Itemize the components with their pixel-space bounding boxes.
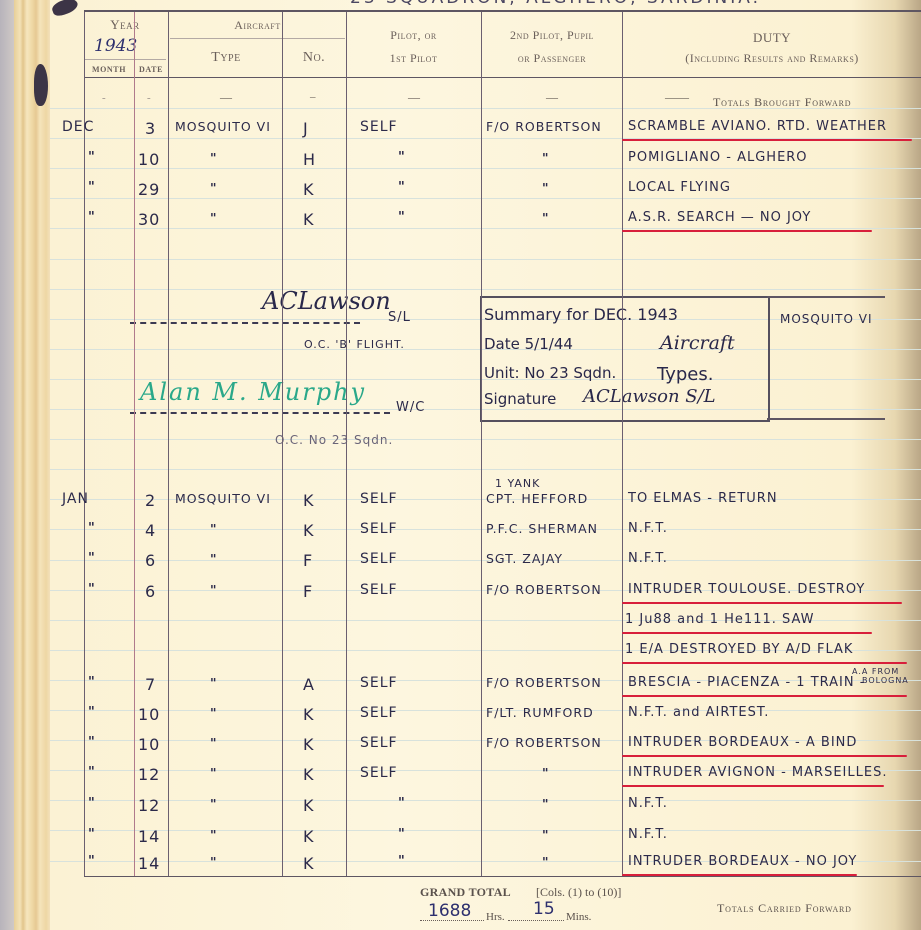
entry-pilot: " [398,854,405,869]
entry-date: 6 [145,551,156,570]
entry-duty-note: BOLOGNA [862,676,909,685]
dash-second: — [546,90,558,105]
entry-duty: BRESCIA - PIACENZA - 1 TRAIN - [628,675,865,690]
entry-second-pilot: F/O ROBERTSON [486,735,602,750]
red-underline [622,632,872,634]
entry-date: 6 [145,582,156,601]
entry-month: " [88,705,95,720]
entry-duty: N.F.T. [628,521,668,536]
entry-aircraft-number: K [303,705,315,724]
ruled-line [50,289,921,290]
dash-duty: —— [665,90,689,105]
entry-duty-continued: 1 Ju88 and 1 He111. SAW [625,612,815,627]
entry-month: " [88,827,95,842]
entry-pilot: " [398,796,405,811]
entry-aircraft-number: K [303,521,315,540]
entry-date: 14 [138,854,160,873]
red-underline [622,874,857,876]
entry-aircraft-type: MOSQUITO VI [175,119,271,134]
entry-duty: SCRAMBLE AVIANO. RTD. WEATHER [628,119,887,134]
log-entry-row: "29"K""LOCAL FLYING [50,176,921,204]
entry-pilot: SELF [360,675,398,691]
flight-commander-title: O.C. 'B' FLIGHT. [304,338,405,351]
entry-month: " [88,150,95,165]
entry-aircraft-type: " [210,796,217,811]
ruled-line [50,439,921,440]
entry-aircraft-type: " [210,180,217,195]
summary-unit: Unit: No 23 Sqdn. [484,364,616,382]
entry-pilot: " [398,150,405,165]
entry-second-pilot: " [542,796,549,811]
page-title-handwritten: 23 SQUADRON, ALGHERO, SARDINIA. [350,0,761,8]
log-entry-continuation: 1 Ju88 and 1 He111. SAW [50,608,921,636]
dash-date: - [147,92,151,104]
entry-month: DEC [62,119,94,135]
entry-pilot: SELF [360,765,398,781]
entry-month: " [88,735,95,750]
entry-date: 2 [145,491,156,510]
entry-second-pilot: " [542,854,549,869]
log-entry-row: DEC3MOSQUITO VIJSELFF/O ROBERTSONSCRAMBL… [50,115,921,143]
entry-date: 4 [145,521,156,540]
entry-date: 12 [138,796,160,815]
entry-aircraft-type: " [210,582,217,597]
entry-aircraft-type: " [210,854,217,869]
entry-aircraft-number: F [303,551,313,570]
log-entry-continuation: 1 E/A DESTROYED BY A/D FLAK [50,638,921,666]
entry-pilot: " [398,210,405,225]
log-entry-row: "14"K""N.F.T. [50,823,921,851]
squadron-commander-title: O.C. No 23 Sqdn. [275,433,393,447]
entry-aircraft-type: " [210,765,217,780]
flight-commander-rank: S/L [388,310,411,325]
entry-month: " [88,210,95,225]
summary-title: Summary for DEC. 1943 [484,305,678,324]
squadron-commander-rank: W/C [396,400,425,415]
log-entry-row: "30"K""A.S.R. SEARCH — NO JOY [50,206,921,234]
log-entry-row: "7"ASELFF/O ROBERTSONBRESCIA - PIACENZA … [50,671,921,699]
log-entry-row: "6"FSELFSGT. ZAJAYN.F.T. [50,547,921,575]
no-header: No. [283,50,345,65]
entry-duty-note: A.A FROM [852,667,899,676]
entry-pilot: SELF [360,705,398,721]
log-entry-row: "10"KSELFF/LT. RUMFORDN.F.T. and AIRTEST… [50,701,921,729]
red-underline [622,602,902,604]
second-pilot-header-line2: or Passenger [482,51,622,66]
entry-duty: N.F.T. and AIRTEST. [628,705,769,720]
entry-duty: INTRUDER BORDEAUX - A BIND [628,735,857,750]
entry-date: 10 [138,735,160,754]
entry-date: 3 [145,119,156,138]
squadron-signature-line [130,412,390,414]
entry-pilot: SELF [360,735,398,751]
duty-header-line2: (Including Results and Remarks) [623,51,921,66]
entry-aircraft-number: J [303,119,309,138]
entry-month: " [88,180,95,195]
entry-pilot: SELF [360,582,398,598]
entry-aircraft-number: K [303,765,315,784]
entry-aircraft-type: " [210,735,217,750]
entry-duty: POMIGLIANO - ALGHERO [628,150,808,165]
log-entry-row: "6"FSELFF/O ROBERTSONINTRUDER TOULOUSE. … [50,578,921,606]
entry-aircraft-type: " [210,150,217,165]
entry-month: JAN [62,491,89,507]
entry-second-pilot: " [542,210,549,225]
year-header: Year [84,17,166,32]
summary-top-ext [767,296,885,298]
totals-carried-forward: Totals Carried Forward [717,901,852,916]
log-entry-row: JAN2MOSQUITO VIKSELFCPT. HEFFORDTO ELMAS… [50,487,921,515]
year-sub-rule [84,59,166,60]
entry-second-pilot: " [542,827,549,842]
entry-aircraft-number: K [303,827,315,846]
summary-bottom-ext [767,418,885,420]
entry-duty: N.F.T. [628,551,668,566]
entry-second-pilot: SGT. ZAJAY [486,551,563,566]
entry-month: " [88,675,95,690]
summary-types-label: Types. [657,364,713,385]
dash-month: - [102,92,106,104]
flight-signature-line [130,322,360,324]
entry-second-pilot-note: 1 YANK [495,477,540,490]
entry-pilot: SELF [360,551,398,567]
duty-header-line1: DUTY [623,30,921,45]
log-entry-row: "12"K""N.F.T. [50,792,921,820]
grand-total-minutes: 15 [533,899,555,919]
page-edges [14,0,54,930]
entry-duty: N.F.T. [628,827,668,842]
entry-duty: A.S.R. SEARCH — NO JOY [628,210,811,225]
entry-aircraft-type: MOSQUITO VI [175,491,271,506]
log-entry-row: "10"H""POMIGLIANO - ALGHERO [50,146,921,174]
mins-label: Mins. [566,911,591,923]
entry-aircraft-number: K [303,180,315,199]
entry-date: 10 [138,150,160,169]
dash-no: – [310,91,316,103]
entry-pilot: SELF [360,491,398,507]
ruled-line [50,469,921,470]
totals-brought-forward: Totals Brought Forward [713,95,851,110]
entry-pilot: " [398,180,405,195]
entry-date: 29 [138,180,160,199]
entry-aircraft-number: K [303,210,315,229]
aircraft-header: Aircraft [170,18,345,33]
dash-pilot: — [408,90,420,105]
ruled-line [50,259,921,260]
ink-blot [50,0,79,18]
entry-second-pilot: F/O ROBERTSON [486,119,602,134]
entry-duty: N.F.T. [628,796,668,811]
mins-dotted-line [508,920,564,921]
entry-pilot: " [398,827,405,842]
red-underline [622,785,884,787]
summary-signature-label: Signature [484,390,556,408]
entry-date: 30 [138,210,160,229]
entry-second-pilot: F/LT. RUMFORD [486,705,594,720]
entry-month: " [88,796,95,811]
grand-total-hours: 1688 [428,901,471,921]
entry-aircraft-number: K [303,854,315,873]
entry-second-pilot: " [542,150,549,165]
entry-second-pilot: F/O ROBERTSON [486,582,602,597]
entry-aircraft-type: " [210,705,217,720]
entry-pilot: SELF [360,119,398,135]
month-header: MONTH [84,65,134,74]
log-entry-row: "14"K""INTRUDER BORDEAUX - NO JOY [50,850,921,878]
top-rule [84,10,921,12]
entry-duty: LOCAL FLYING [628,180,731,195]
log-entry-row: "4"KSELFP.F.C. SHERMANN.F.T. [50,517,921,545]
entry-date: 12 [138,765,160,784]
summary-signature: ACLawson S/L [583,386,716,407]
entry-aircraft-number: K [303,735,315,754]
header-bottom-rule [84,77,921,78]
red-underline [622,139,912,141]
second-pilot-header-line1: 2nd Pilot, Pupil [482,28,622,43]
entry-month: " [88,854,95,869]
dash-type: — [220,90,232,105]
date-header: DATE [135,65,167,74]
entry-second-pilot: " [542,180,549,195]
entry-month: " [88,765,95,780]
entry-duty: INTRUDER AVIGNON - MARSEILLES. [628,765,887,780]
entry-aircraft-number: F [303,582,313,601]
entry-duty: INTRUDER BORDEAUX - NO JOY [628,854,857,869]
entry-aircraft-type: " [210,827,217,842]
log-entry-row: "12"KSELF"INTRUDER AVIGNON - MARSEILLES. [50,761,921,789]
entry-second-pilot: " [542,765,549,780]
entry-aircraft-type: " [210,521,217,536]
red-underline [622,755,907,757]
summary-aircraft-type: MOSQUITO VI [780,312,873,326]
pilot-header-line1: Pilot, or [346,28,481,43]
logbook-page: 23 SQUADRON, ALGHERO, SARDINIA. Year 194… [50,0,921,930]
entry-aircraft-number: K [303,491,315,510]
summary-date: Date 5/1/44 [484,335,573,353]
entry-aircraft-number: K [303,796,315,815]
entry-date: 10 [138,705,160,724]
summary-aircraft-label: Aircraft [660,332,735,354]
entry-month: " [88,551,95,566]
red-underline [622,662,907,664]
type-header: Type [170,50,282,65]
grand-total-label: GRAND TOTAL [420,885,511,900]
entry-month: " [88,582,95,597]
entry-date: 7 [145,675,156,694]
entry-pilot: SELF [360,521,398,537]
entry-aircraft-number: A [303,675,315,694]
log-entry-row: "10"KSELFF/O ROBERTSONINTRUDER BORDEAUX … [50,731,921,759]
entry-second-pilot: P.F.C. SHERMAN [486,521,598,536]
pilot-header-line2: 1st Pilot [346,51,481,66]
book-spine-edge [0,0,14,930]
entry-aircraft-type: " [210,210,217,225]
entry-second-pilot: CPT. HEFFORD [486,491,588,506]
cols-label: [Cols. (1) to (10)] [536,885,621,900]
entry-second-pilot: F/O ROBERTSON [486,675,602,690]
year-value: 1943 [94,36,137,56]
entry-aircraft-number: H [303,150,316,169]
entry-duty-continued: 1 E/A DESTROYED BY A/D FLAK [625,642,853,657]
entry-duty: INTRUDER TOULOUSE. DESTROY [628,582,865,597]
aircraft-sub-rule [170,38,345,39]
entry-duty: TO ELMAS - RETURN [628,491,778,506]
squadron-commander-signature: Alan M. Murphy [140,378,366,406]
entry-month: " [88,521,95,536]
ink-blot [34,64,48,106]
red-underline [622,230,872,232]
entry-aircraft-type: " [210,675,217,690]
entry-aircraft-type: " [210,551,217,566]
red-underline [622,695,907,697]
entry-date: 14 [138,827,160,846]
hours-label: Hrs. [486,911,505,923]
